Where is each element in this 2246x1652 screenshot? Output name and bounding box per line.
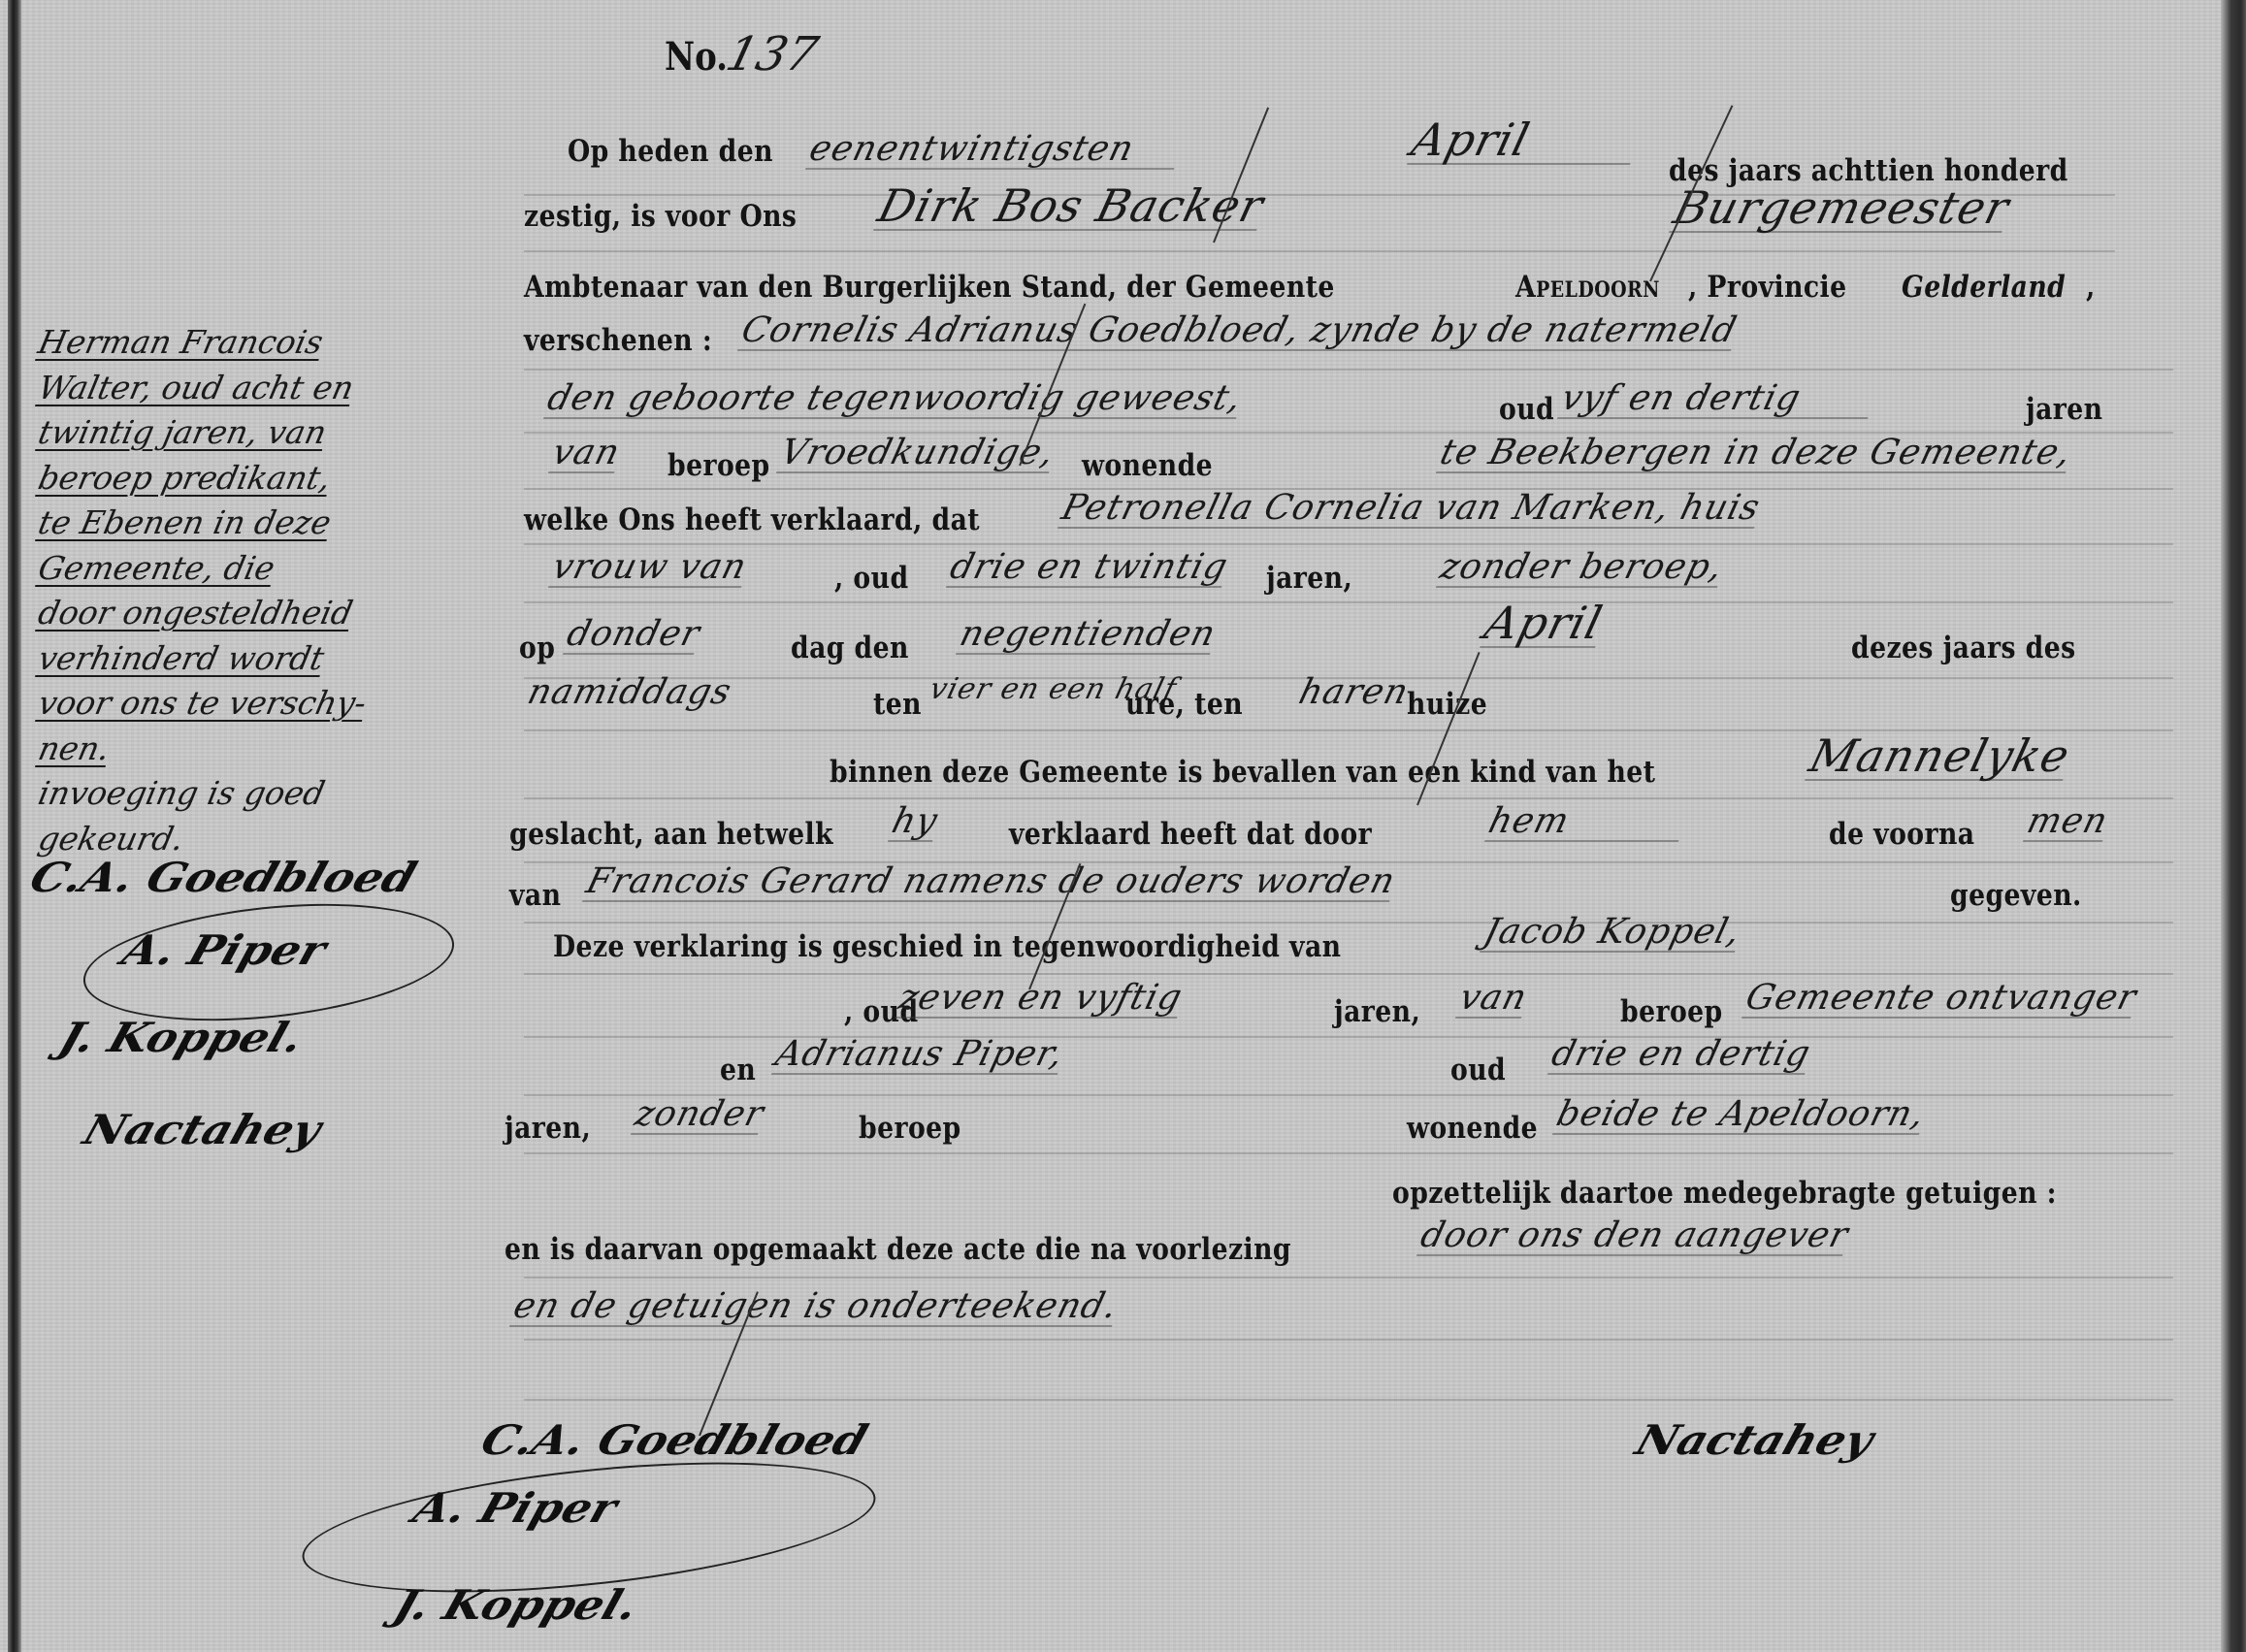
- handwritten-day: eenentwintigsten: [805, 131, 1184, 170]
- printed-text: beroep: [667, 448, 770, 483]
- printed-text: opzettelijk daartoe medegebragte getuige…: [1392, 1176, 2057, 1211]
- printed-text: ,: [2086, 270, 2096, 305]
- printed-text: en: [720, 1053, 756, 1087]
- signature-registrar-margin: Nactahey: [78, 1106, 327, 1153]
- handwritten-age: drie en dertig: [1547, 1036, 1814, 1075]
- printed-municipality: Apeldoorn: [1515, 270, 1660, 305]
- printed-text: gegeven.: [1950, 878, 2082, 913]
- handwritten-age: zeven en vyftig: [895, 980, 1186, 1019]
- printed-province: Gelderland: [1902, 270, 2066, 305]
- handwritten-child-names: Francois Gerard namens de ouders worden: [582, 863, 1399, 902]
- margin-annotation: Herman Francois Walter, oud acht en twin…: [39, 320, 495, 861]
- margin-line: twintig jaren, van: [34, 410, 500, 456]
- ruled-line: [524, 1152, 2173, 1154]
- printed-text: oud: [1499, 392, 1554, 427]
- handwritten-text: vrouw van: [548, 549, 751, 588]
- handwritten-occupation: Vroedkundige,: [776, 435, 1058, 473]
- printed-text: op: [519, 631, 555, 665]
- margin-line: verhinderd wordt: [34, 636, 500, 682]
- handwritten-text: van: [1455, 980, 1531, 1019]
- margin-line: voor ons te verschy-: [34, 681, 500, 727]
- handwritten-month: April: [1407, 116, 1643, 165]
- printed-text: welke Ons heeft verklaard, dat: [524, 502, 980, 537]
- handwritten-registrar-name: Dirk Bos Backer: [873, 182, 1268, 231]
- printed-text: Ambtenaar van den Burgerlijken Stand, de…: [524, 270, 1335, 305]
- handwritten-place: haren: [1295, 674, 1413, 711]
- handwritten-sex: Mannelyke: [1805, 732, 2074, 781]
- handwritten-text: en de getuigen is onderteekend.: [509, 1288, 1122, 1327]
- margin-line: Walter, oud acht en: [34, 366, 500, 411]
- printed-text: jaren,: [1266, 561, 1352, 596]
- printed-text: dag den: [791, 631, 909, 665]
- ruled-line: [524, 973, 2173, 975]
- handwritten-age: vyf en dertig: [1557, 380, 1877, 419]
- printed-text: de voorna: [1829, 817, 1975, 852]
- handwritten-text: zonder: [631, 1096, 767, 1135]
- signature-piper: A. Piper: [407, 1484, 623, 1532]
- printed-text: geslacht, aan hetwelk: [509, 817, 833, 852]
- ruled-line: [524, 797, 2173, 799]
- handwritten-witness-2: Adrianus Piper,: [771, 1036, 1067, 1075]
- signature-goedbloed: C.A. Goedbloed: [475, 1416, 873, 1464]
- handwritten-time-of-day: namiddags: [524, 674, 735, 711]
- signature-koppel-margin: J. Koppel.: [53, 1014, 309, 1061]
- signature-piper-margin: A. Piper: [116, 926, 332, 974]
- handwritten-witness-residence: beide te Apeldoorn,: [1552, 1096, 1929, 1135]
- ruled-line: [524, 543, 2173, 545]
- signature-goedbloed-margin: C.A. Goedbloed: [24, 854, 422, 901]
- printed-text: ten: [873, 687, 922, 722]
- printed-text: huize: [1407, 687, 1487, 722]
- handwritten-occupation: Gemeente ontvanger: [1741, 980, 2140, 1019]
- handwritten-text: van: [548, 435, 624, 473]
- binding-edge-left: [8, 0, 21, 1652]
- handwritten-age: drie en twintig: [946, 549, 1231, 588]
- printed-text: , Provincie: [1688, 270, 1846, 305]
- printed-text: van: [509, 878, 561, 913]
- printed-text: binnen deze Gemeente is bevallen van een…: [830, 755, 1655, 790]
- handwritten-weekday: donder: [563, 616, 703, 655]
- margin-line: te Ebenen in deze: [34, 501, 500, 546]
- margin-line: nen.: [34, 727, 500, 772]
- margin-line: door ongesteldheid: [34, 591, 500, 636]
- document-page: No. 137 Op heden den eenentwintigsten Ap…: [0, 0, 2246, 1652]
- ruled-line: [524, 1339, 2173, 1341]
- handwritten-birth-day: negentienden: [956, 616, 1220, 655]
- printed-text: zestig, is voor Ons: [524, 199, 797, 234]
- printed-text: wonende: [1407, 1111, 1538, 1146]
- page-edge-right: [2221, 0, 2246, 1652]
- handwritten-pronoun: hem: [1484, 803, 1688, 842]
- printed-text: jaren,: [1334, 994, 1420, 1029]
- record-number-label: No.: [665, 34, 728, 80]
- ruled-line: [524, 369, 2173, 371]
- handwritten-text: den geboorte tegenwoordig geweest,: [543, 380, 1246, 419]
- ruled-line: [524, 250, 2115, 252]
- handwritten-text: men: [2023, 803, 2112, 842]
- handwritten-registrar-title: Burgemeester: [1669, 184, 2014, 233]
- ruled-line: [524, 1036, 2173, 1038]
- ruled-line: [524, 1399, 2173, 1401]
- printed-text: wonende: [1082, 448, 1213, 483]
- handwritten-pronoun: hy: [888, 803, 941, 842]
- printed-text: jaren: [2026, 392, 2102, 427]
- printed-text: Op heden den: [568, 134, 773, 169]
- printed-text: verklaard heeft dat door: [1009, 817, 1372, 852]
- handwritten-witness-1: Jacob Koppel,: [1480, 914, 1744, 953]
- margin-line: Herman Francois: [34, 320, 500, 366]
- handwritten-declarant: Cornelis Adrianus Goedbloed, zynde by de…: [737, 312, 1741, 351]
- printed-text: dezes jaars des: [1851, 631, 2076, 665]
- printed-text: beroep: [859, 1111, 961, 1146]
- ruled-line: [524, 922, 2173, 923]
- printed-text: ure, ten: [1125, 687, 1243, 722]
- handwritten-birth-month: April: [1480, 599, 1608, 648]
- ruled-line: [524, 601, 2173, 603]
- handwritten-occupation: zonder beroep,: [1436, 549, 1727, 588]
- signature-koppel: J. Koppel.: [388, 1581, 644, 1629]
- margin-line: Gemeente, die: [34, 546, 500, 592]
- ruled-line: [524, 1277, 2173, 1279]
- handwritten-mother: Petronella Cornelia van Marken, huis: [1058, 490, 1764, 529]
- printed-text: oud: [1450, 1053, 1506, 1087]
- margin-line: invoeging is goed: [34, 771, 500, 817]
- handwritten-residence: te Beekbergen in deze Gemeente,: [1436, 435, 2075, 473]
- printed-text: en is daarvan opgemaakt deze acte die na…: [505, 1232, 1291, 1267]
- handwritten-text: door ons den aangever: [1416, 1217, 1852, 1256]
- printed-text: Deze verklaring is geschied in tegenwoor…: [553, 929, 1341, 964]
- signature-registrar: Nactahey: [1630, 1416, 1879, 1464]
- margin-line: beroep predikant,: [34, 456, 500, 502]
- printed-text: verschenen :: [524, 323, 712, 358]
- printed-text: , oud: [834, 561, 909, 596]
- record-number-value: 137: [721, 27, 824, 81]
- printed-text: beroep: [1620, 994, 1723, 1029]
- printed-text: jaren,: [505, 1111, 591, 1146]
